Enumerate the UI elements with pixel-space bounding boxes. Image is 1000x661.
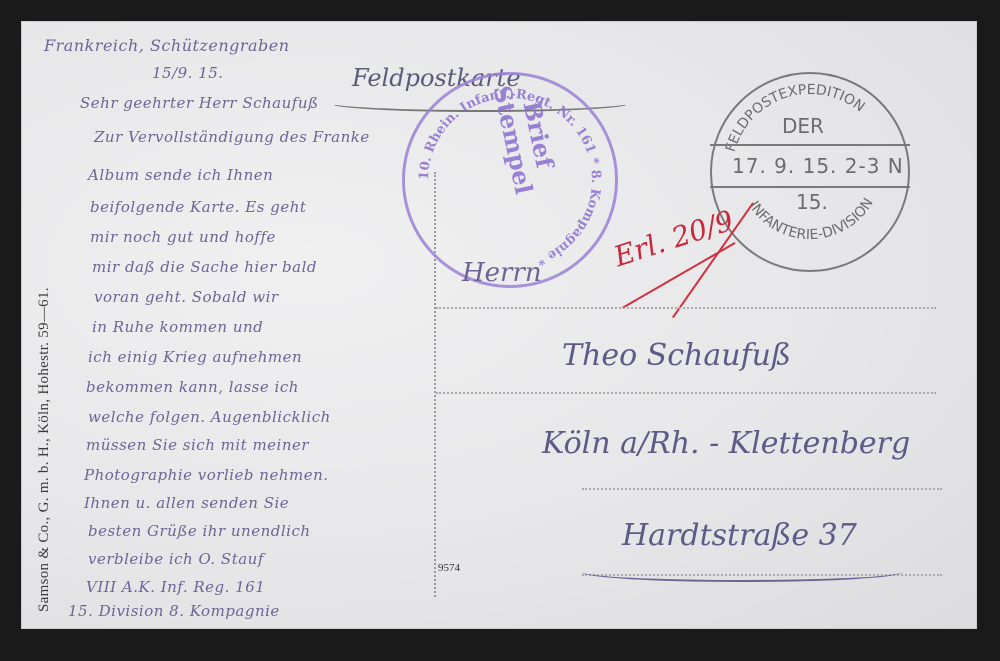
message-line: bekommen kann, lasse ich	[86, 378, 299, 396]
postcard: Samson & Co., G. m. b. H., Köln, Hohestr…	[22, 22, 976, 628]
message-line: beifolgende Karte. Es geht	[90, 198, 306, 216]
address-name: Theo Schaufuß	[562, 338, 791, 373]
field-postmark: FELDPOSTEXPEDITION INFANTERIE-DIVISION D…	[710, 72, 910, 272]
postmark-band	[710, 186, 910, 188]
message-date: 15/9. 15.	[152, 64, 224, 82]
address-line	[582, 488, 942, 490]
message-line: müssen Sie sich mit meiner	[86, 436, 309, 454]
sender-division: 15. Division 8. Kompagnie	[68, 602, 280, 620]
postmark-der: DER	[782, 114, 824, 138]
address-street: Hardtstraße 37	[622, 518, 857, 553]
message-line: Photographie vorlieb nehmen.	[84, 466, 329, 484]
message-place: Frankreich, Schützengraben	[44, 36, 290, 55]
message-line: mir daß die Sache hier bald	[92, 258, 317, 276]
postmark-date: 17. 9. 15. 2-3 N	[732, 154, 904, 178]
sender-unit: VIII A.K. Inf. Reg. 161	[86, 578, 265, 596]
message-line: in Ruhe kommen und	[92, 318, 263, 336]
message-line: ich einig Krieg aufnehmen	[88, 348, 302, 366]
address-city: Köln a/Rh. - Klettenberg	[542, 426, 910, 461]
message-line: mir noch gut und hoffe	[90, 228, 276, 246]
postmark-band	[710, 144, 910, 146]
message-line: Album sende ich Ihnen	[88, 166, 273, 184]
address-line	[436, 392, 936, 394]
address-line	[436, 307, 936, 309]
print-number: 9574	[438, 562, 460, 574]
street-underline	[582, 562, 902, 582]
message-line: Sehr geehrter Herr Schaufuß	[80, 94, 319, 112]
message-line: besten Grüße ihr unendlich	[88, 522, 311, 540]
message-line: verbleibe ich O. Stauf	[88, 550, 264, 568]
publisher-imprint: Samson & Co., G. m. b. H., Köln, Hohestr…	[36, 287, 53, 612]
message-line: Zur Vervollständigung des Franke	[94, 128, 370, 146]
postmark-division-number: 15.	[796, 190, 828, 214]
message-line: welche folgen. Augenblicklich	[88, 408, 331, 426]
regimental-stamp: 10. Rhein. Infant.-Regt. Nr. 161 * 8. Ko…	[402, 72, 618, 288]
message-line: Ihnen u. allen senden Sie	[84, 494, 289, 512]
message-line: voran geht. Sobald wir	[94, 288, 279, 306]
address-salutation: Herrn	[462, 258, 542, 288]
